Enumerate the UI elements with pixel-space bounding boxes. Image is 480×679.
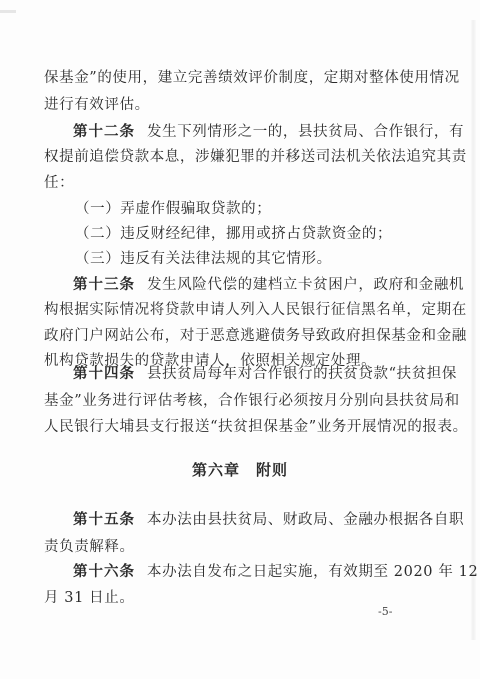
article-text: 本办法由县扶贫局、财政局、金融办根据各自职 — [147, 512, 464, 528]
text-line: 权提前追偿贷款本息，涉嫌犯罪的并移送司法机关依法追究其责 — [44, 145, 400, 169]
text-line: 保基金”的使用，建立完善绩效评价制度，定期对整体使用情况 — [44, 66, 400, 90]
text-line: 进行有效评估。 — [44, 93, 400, 117]
text-line: 政府门户网站公布，对于恶意逃避债务导致政府担保基金和金融 — [44, 324, 400, 348]
chapter-heading: 第六章附则 — [0, 458, 480, 482]
text-line: 任： — [44, 171, 400, 195]
text-line: 责负责解释。 — [44, 535, 400, 559]
text-line: 人民银行大埔县支行报送“扶贫担保基金”业务开展情况的报表。 — [44, 415, 400, 439]
article-number: 第十二条 — [73, 123, 135, 140]
list-item: （三）违反有关法律法规的其它情形。 — [75, 247, 431, 271]
article-16-first-line: 第十六条本办法自发布之日起实施，有效期至 2020 年 12 — [73, 560, 400, 584]
text-line: 月 31 日止。 — [44, 586, 400, 610]
article-text: 县扶贫局每年对合作银行的扶贫贷款“扶贫担保 — [147, 366, 457, 382]
article-number: 第十六条 — [73, 563, 135, 580]
article-15-first-line: 第十五条本办法由县扶贫局、财政局、金融办根据各自职 — [73, 508, 400, 532]
article-text: 发生下列情形之一的，县扶贫局、合作银行，有 — [147, 124, 464, 140]
document-page: 保基金”的使用，建立完善绩效评价制度，定期对整体使用情况 进行有效评估。 第十二… — [0, 0, 480, 679]
scan-artifact — [0, 10, 16, 13]
chapter-title: 附则 — [256, 461, 288, 479]
article-13-first-line: 第十三条发生风险代偿的建档立卡贫困户，政府和金融机 — [73, 273, 400, 297]
list-item: （一）弄虚作假骗取贷款的； — [75, 197, 431, 221]
article-14-first-line: 第十四条县扶贫局每年对合作银行的扶贫贷款“扶贫担保 — [73, 362, 400, 386]
article-text: 本办法自发布之日起实施，有效期至 2020 年 12 — [147, 564, 478, 580]
article-number: 第十五条 — [73, 511, 135, 528]
article-number: 第十四条 — [73, 365, 135, 382]
article-text: 发生风险代偿的建档立卡贫困户，政府和金融机 — [147, 277, 464, 293]
page-number: -5- — [378, 604, 392, 620]
article-number: 第十三条 — [73, 276, 135, 293]
text-line: 构根据实际情况将贷款申请人列入人民银行征信黑名单，定期在 — [44, 298, 400, 322]
chapter-number: 第六章 — [192, 461, 240, 479]
page-edge-shadow — [470, 20, 476, 640]
text-line: 基金”业务进行评估考核，合作银行必须按月分别向县扶贫局和 — [44, 389, 400, 413]
article-12-first-line: 第十二条发生下列情形之一的，县扶贫局、合作银行，有 — [73, 120, 400, 144]
list-item: （二）违反财经纪律，挪用或挤占贷款资金的； — [75, 222, 431, 246]
